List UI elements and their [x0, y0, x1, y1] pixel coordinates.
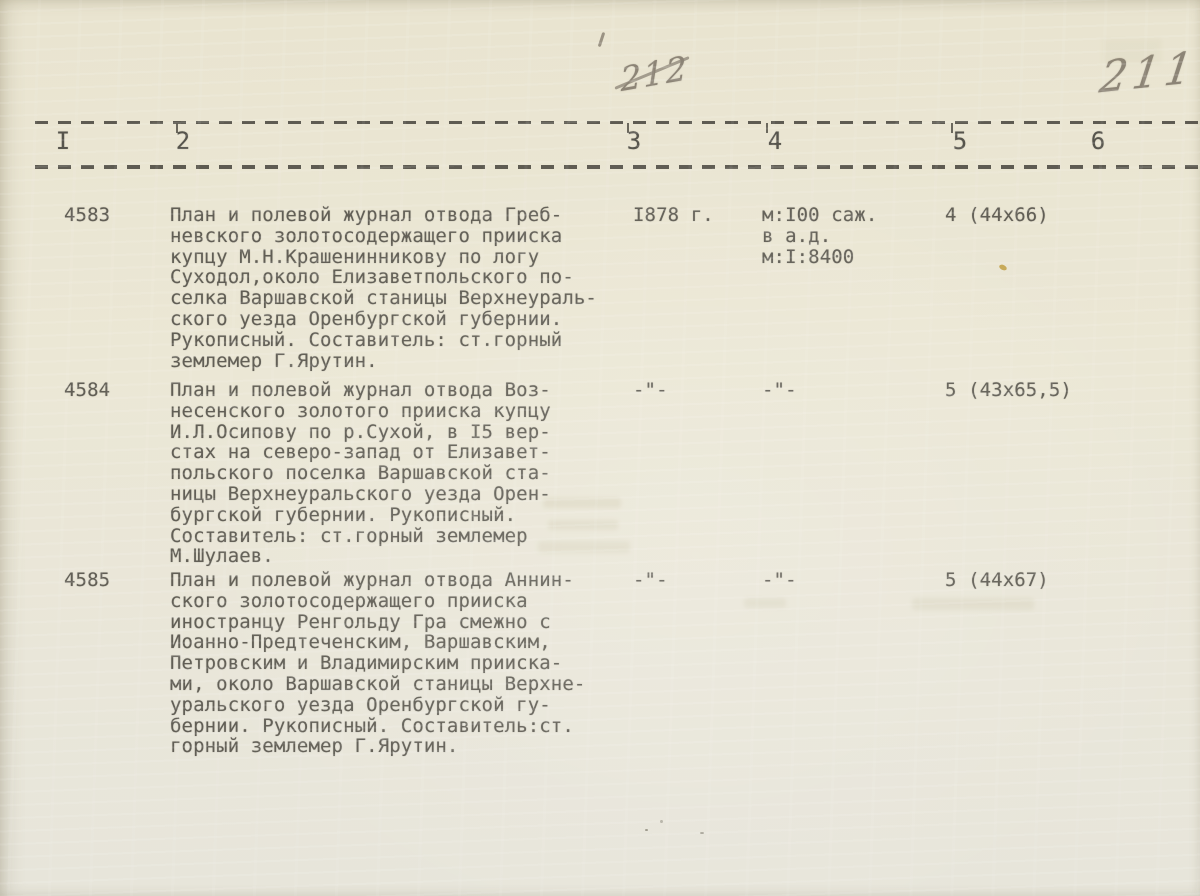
entry-scale: -"-: [762, 380, 797, 401]
entry-description: План и полевой журнал отвода Воз- несенс…: [170, 380, 625, 567]
ink-bleed-mark: [744, 598, 786, 608]
pencil-tick-mark: [598, 32, 605, 47]
entry-sheet-count: 5 (44x67): [945, 570, 1049, 591]
column-number-4: 4: [768, 129, 782, 153]
handwritten-page-number: 211: [1097, 42, 1200, 103]
archive-inventory-page: 212 211 I 2 3 4 5 6 4583 План и полевой …: [0, 0, 1200, 896]
column-number-2: 2: [176, 129, 190, 153]
entry-description: План и полевой журнал отвода Аннин- ског…: [170, 570, 625, 757]
entry-sheet-count: 4 (44x66): [945, 205, 1049, 226]
entry-scale: -"-: [762, 570, 797, 591]
entry-number: 4584: [64, 380, 110, 401]
column-number-1: I: [56, 129, 70, 153]
entry-number: 4583: [64, 205, 110, 226]
ink-bleed-mark: [912, 598, 1034, 610]
column-number-3: 3: [627, 129, 641, 153]
paper-speck: [660, 820, 663, 823]
handwritten-cancelled-page-number: 212: [620, 48, 689, 99]
paper-speck: [645, 829, 648, 831]
paper-speck: [998, 264, 1007, 272]
entry-date: I878 г.: [633, 205, 714, 226]
table-header-rule-top: [35, 121, 1200, 124]
column-number-5: 5: [953, 129, 967, 153]
table-header-rule-bottom: [35, 165, 1200, 169]
entry-sheet-count: 5 (43x65,5): [945, 380, 1072, 401]
entry-date: -"-: [633, 570, 668, 591]
column-number-6: 6: [1091, 129, 1105, 153]
cancelled-page-number-text: 212: [620, 48, 689, 99]
entry-description: План и полевой журнал отвода Греб- невск…: [170, 205, 625, 371]
paper-speck: [700, 832, 704, 834]
entry-number: 4585: [64, 570, 110, 591]
entry-date: -"-: [633, 380, 668, 401]
entry-scale: м:I00 саж. в а.д. м:I:8400: [762, 205, 877, 267]
